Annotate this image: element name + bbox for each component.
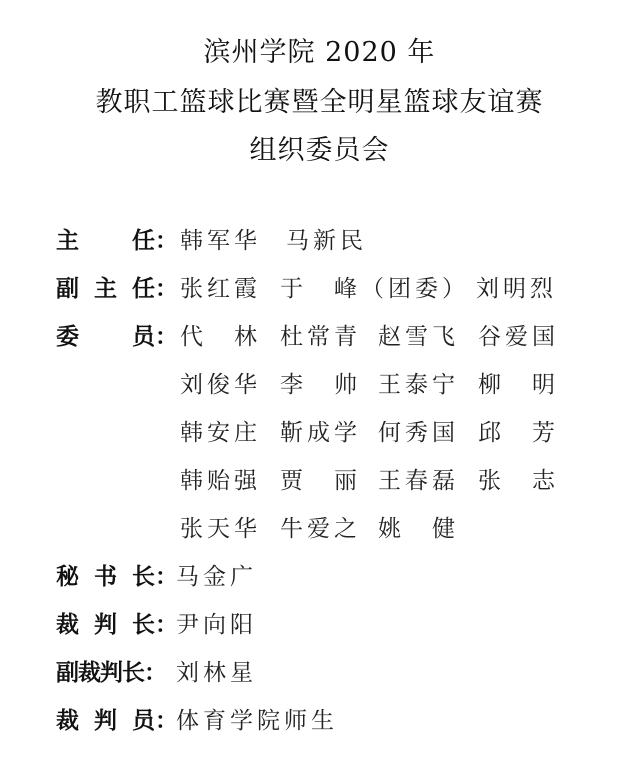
member-name: 王春磊 [378, 466, 459, 496]
label-char: 判 [94, 610, 117, 640]
member-name: 韩安庄 [180, 418, 261, 448]
member-name: 马金广 [176, 562, 257, 592]
member-name: 牛爱之 [280, 514, 361, 544]
title-line-2: 教职工篮球比赛暨全明星篮球友谊赛 [0, 80, 639, 119]
member-name: 于 峰（团委） [280, 274, 469, 304]
member-name: 王泰宁 [378, 370, 459, 400]
label-char: 副 [56, 274, 79, 304]
member-name: 谷爱国 [478, 322, 559, 352]
member-name: 代 林 [180, 322, 261, 352]
label-char: 任： [132, 226, 178, 256]
member-name: 刘明烈 [476, 274, 557, 304]
label-char: 任： [132, 274, 178, 304]
member-name: 杜常青 [280, 322, 361, 352]
label-char: 裁 [56, 610, 79, 640]
member-name: 张天华 [180, 514, 261, 544]
label-char: 委 [56, 322, 79, 352]
member-name: 刘林星 [176, 658, 257, 688]
label-char: 长： [132, 562, 178, 592]
label-char: 主 [94, 274, 117, 304]
label-char: 副裁判长： [56, 658, 166, 688]
title-line-1: 滨州学院 2020 年 [0, 30, 639, 69]
member-name: 尹向阳 [176, 610, 257, 640]
member-name: 韩军华 [180, 226, 261, 256]
member-name: 马新民 [286, 226, 367, 256]
member-name: 刘俊华 [180, 370, 261, 400]
label-char: 员： [132, 706, 178, 736]
label-char: 判 [94, 706, 117, 736]
member-name: 体育学院师生 [176, 706, 338, 736]
member-name: 靳成学 [280, 418, 361, 448]
member-name: 何秀国 [378, 418, 459, 448]
member-name: 邱 芳 [478, 418, 559, 448]
member-name: 韩贻强 [180, 466, 261, 496]
label-char: 书 [94, 562, 117, 592]
member-name: 贾 丽 [280, 466, 361, 496]
label-char: 主 [56, 226, 79, 256]
member-name: 张红霞 [180, 274, 261, 304]
label-char: 裁 [56, 706, 79, 736]
title-line-3: 组织委员会 [0, 128, 639, 167]
member-name: 张 志 [478, 466, 559, 496]
member-name: 赵雪飞 [378, 322, 459, 352]
label-char: 长： [132, 610, 178, 640]
member-name: 柳 明 [478, 370, 559, 400]
label-char: 员： [132, 322, 178, 352]
member-name: 姚 健 [378, 514, 459, 544]
label-char: 秘 [56, 562, 79, 592]
member-name: 李 帅 [280, 370, 361, 400]
